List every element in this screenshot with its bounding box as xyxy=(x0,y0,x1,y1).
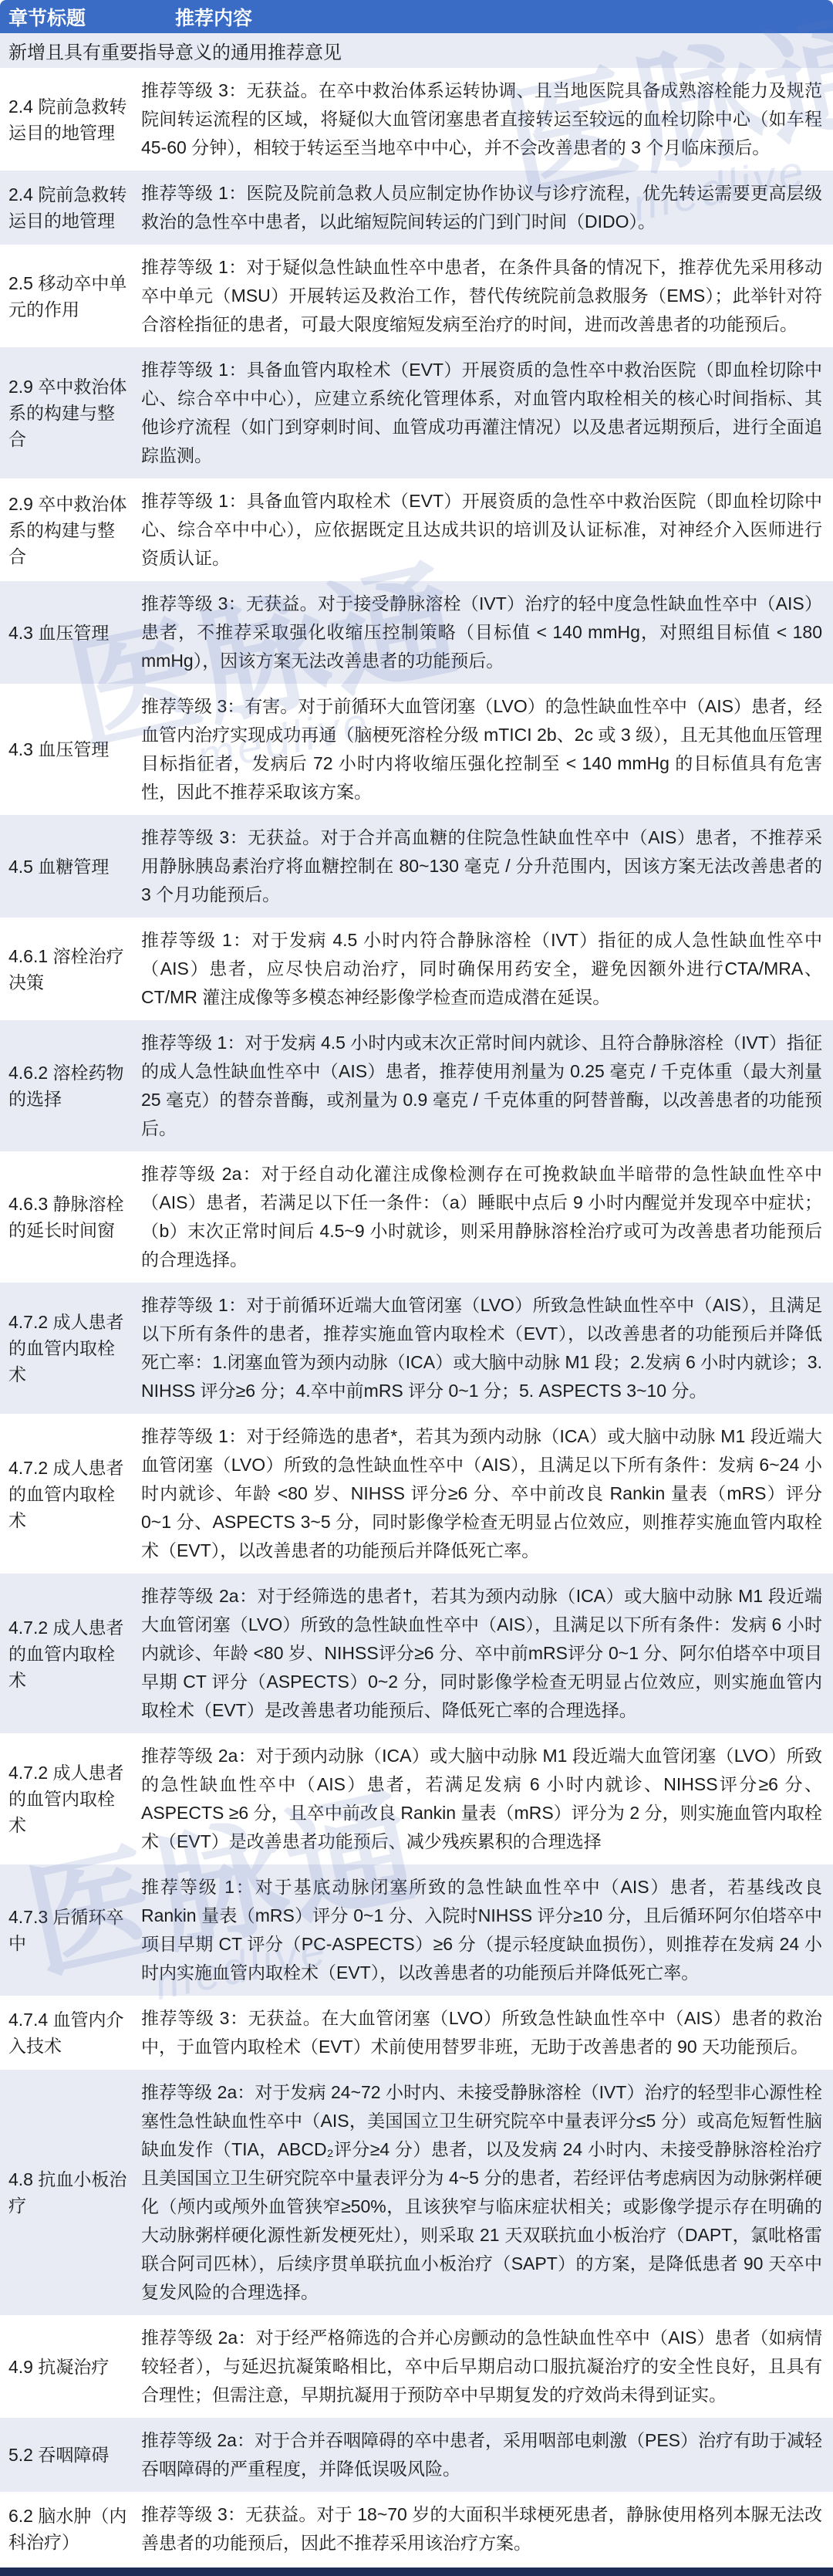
table-section-banner: 新增且具有重要指导意义的通用推荐意见 xyxy=(0,33,833,68)
table-row: 4.7.2 成人患者的血管内取栓术 推荐等级 1：对于经筛选的患者*，若其为颈内… xyxy=(0,1414,833,1574)
table-row: 2.5 移动卒中单元的作用 推荐等级 1：对于疑似急性缺血性卒中患者，在条件具备… xyxy=(0,245,833,347)
row-content: 推荐等级 1：对于基底动脉闭塞所致的急性缺血性卒中（AIS）患者，若基线改良 R… xyxy=(141,1868,833,1992)
table-header-recommendation: 推荐内容 xyxy=(141,3,252,31)
row-content: 推荐等级 1：具备血管内取栓术（EVT）开展资质的急性卒中救治医院（即血栓切除中… xyxy=(141,351,833,475)
table-row: 4.3 血压管理 推荐等级 3：有害。对于前循环大血管闭塞（LVO）的急性缺血性… xyxy=(0,684,833,815)
row-section-title: 4.8 抗血小板治疗 xyxy=(0,2162,141,2223)
table-header-section-title: 章节标题 xyxy=(0,3,141,31)
row-content: 推荐等级 1：对于前循环近端大血管闭塞（LVO）所致急性缺血性卒中（AIS），且… xyxy=(141,1286,833,1410)
row-section-title: 4.7.3 后循环卒中 xyxy=(0,1899,141,1961)
row-section-title: 4.6.2 溶栓药物的选择 xyxy=(0,1055,141,1117)
row-content: 推荐等级 2a：对于经筛选的患者†，若其为颈内动脉（ICA）或大脑中动脉 M1 … xyxy=(141,1577,833,1729)
table-row: 4.7.4 血管内介入技术 推荐等级 3：无获益。在大血管闭塞（LVO）所致急性… xyxy=(0,1996,833,2070)
table-row: 4.6.2 溶栓药物的选择 推荐等级 1：对于发病 4.5 小时内或末次正常时间… xyxy=(0,1020,833,1151)
footer-bar xyxy=(0,2568,833,2576)
table-row: 2.9 卒中救治体系的构建与整合 推荐等级 1：具备血管内取栓术（EVT）开展资… xyxy=(0,347,833,478)
row-section-title: 4.7.2 成人患者的血管内取栓术 xyxy=(0,1755,141,1843)
table-row: 4.6.1 溶栓治疗决策 推荐等级 1：对于发病 4.5 小时内符合静脉溶栓（I… xyxy=(0,918,833,1020)
row-section-title: 4.7.2 成人患者的血管内取栓术 xyxy=(0,1610,141,1698)
row-content: 推荐等级 2a：对于经自动化灌注成像检测存在可挽救缺血半暗带的急性缺血性卒中（A… xyxy=(141,1155,833,1279)
table-header-row: 章节标题 推荐内容 xyxy=(0,0,833,33)
table-row: 4.8 抗血小板治疗 推荐等级 2a：对于发病 24~72 小时内、未接受静脉溶… xyxy=(0,2070,833,2315)
row-section-title: 2.9 卒中救治体系的构建与整合 xyxy=(0,486,141,574)
row-section-title: 4.3 血压管理 xyxy=(0,615,141,651)
table-row: 2.9 卒中救治体系的构建与整合 推荐等级 1：具备血管内取栓术（EVT）开展资… xyxy=(0,478,833,581)
table-row: 6.2 脑水肿（内科治疗） 推荐等级 3：无获益。对于 18~70 岁的大面积半… xyxy=(0,2492,833,2566)
row-section-title: 4.3 血压管理 xyxy=(0,732,141,767)
row-content: 推荐等级 3：无获益。对于 18~70 岁的大面积半球梗死患者，静脉使用格列本脲… xyxy=(141,2496,833,2562)
table-row: 4.9 抗凝治疗 推荐等级 2a：对于经严格筛选的合并心房颤动的急性缺血性卒中（… xyxy=(0,2315,833,2418)
row-content: 推荐等级 1：对于发病 4.5 小时内符合静脉溶栓（IVT）指征的成人急性缺血性… xyxy=(141,921,833,1016)
row-content: 推荐等级 3：有害。对于前循环大血管闭塞（LVO）的急性缺血性卒中（AIS）患者… xyxy=(141,688,833,811)
row-section-title: 4.6.1 溶栓治疗决策 xyxy=(0,938,141,1000)
row-content: 推荐等级 1：具备血管内取栓术（EVT）开展资质的急性卒中救治医院（即血栓切除中… xyxy=(141,482,833,577)
table-row: 4.7.3 后循环卒中 推荐等级 1：对于基底动脉闭塞所致的急性缺血性卒中（AI… xyxy=(0,1864,833,1996)
row-section-title: 4.5 血糖管理 xyxy=(0,849,141,884)
row-section-title: 6.2 脑水肿（内科治疗） xyxy=(0,2498,141,2560)
table-row: 4.6.3 静脉溶栓的延长时间窗 推荐等级 2a：对于经自动化灌注成像检测存在可… xyxy=(0,1151,833,1283)
row-content: 推荐等级 1：对于疑似急性缺血性卒中患者，在条件具备的情况下，推荐优先采用移动卒… xyxy=(141,248,833,343)
row-content: 推荐等级 1：对于发病 4.5 小时内或末次正常时间内就诊、且符合静脉溶栓（IV… xyxy=(141,1024,833,1148)
table-body: 2.4 院前急救转运目的地管理 推荐等级 3：无获益。在卒中救治体系运转协调、且… xyxy=(0,68,833,2566)
row-content: 推荐等级 2a：对于发病 24~72 小时内、未接受静脉溶栓（IVT）治疗的轻型… xyxy=(141,2074,833,2311)
row-content: 推荐等级 1：对于经筛选的患者*，若其为颈内动脉（ICA）或大脑中动脉 M1 段… xyxy=(141,1418,833,1570)
table-row: 4.7.2 成人患者的血管内取栓术 推荐等级 2a：对于经筛选的患者†，若其为颈… xyxy=(0,1574,833,1733)
table-row: 4.3 血压管理 推荐等级 3：无获益。对于接受静脉溶栓（IVT）治疗的轻中度急… xyxy=(0,581,833,684)
row-content: 推荐等级 3：无获益。在卒中救治体系运转协调、且当地医院具备成熟溶栓能力及规范院… xyxy=(141,72,833,167)
recommendation-table-page: 章节标题 推荐内容 新增且具有重要指导意义的通用推荐意见 2.4 院前急救转运目… xyxy=(0,0,833,2576)
row-section-title: 2.4 院前急救转运目的地管理 xyxy=(0,89,141,150)
table-row: 2.4 院前急救转运目的地管理 推荐等级 1：医院及院前急救人员应制定协作协议与… xyxy=(0,171,833,245)
row-content: 推荐等级 3：无获益。对于合并高血糖的住院急性缺血性卒中（AIS）患者，不推荐采… xyxy=(141,819,833,914)
row-content: 推荐等级 2a：对于颈内动脉（ICA）或大脑中动脉 M1 段近端大血管闭塞（LV… xyxy=(141,1737,833,1861)
row-section-title: 4.9 抗凝治疗 xyxy=(0,2349,141,2385)
row-content: 推荐等级 1：医院及院前急救人员应制定协作协议与诊疗流程，优先转运需要更高层级救… xyxy=(141,174,833,241)
row-section-title: 4.7.2 成人患者的血管内取栓术 xyxy=(0,1450,141,1538)
row-content: 推荐等级 3：无获益。对于接受静脉溶栓（IVT）治疗的轻中度急性缺血性卒中（AI… xyxy=(141,585,833,680)
table-row: 5.2 吞咽障碍 推荐等级 2a：对于合并吞咽障碍的卒中患者，采用咽部电刺激（P… xyxy=(0,2418,833,2492)
row-section-title: 4.6.3 静脉溶栓的延长时间窗 xyxy=(0,1186,141,1248)
row-content: 推荐等级 2a：对于合并吞咽障碍的卒中患者，采用咽部电刺激（PES）治疗有助于减… xyxy=(141,2422,833,2488)
row-section-title: 2.5 移动卒中单元的作用 xyxy=(0,265,141,327)
row-section-title: 2.9 卒中救治体系的构建与整合 xyxy=(0,369,141,457)
row-section-title: 5.2 吞咽障碍 xyxy=(0,2437,141,2473)
row-content: 推荐等级 2a：对于经严格筛选的合并心房颤动的急性缺血性卒中（AIS）患者（如病… xyxy=(141,2319,833,2414)
row-section-title: 4.7.2 成人患者的血管内取栓术 xyxy=(0,1304,141,1392)
row-content: 推荐等级 3：无获益。在大血管闭塞（LVO）所致急性缺血性卒中（AIS）患者的救… xyxy=(141,2000,833,2066)
table-row: 4.5 血糖管理 推荐等级 3：无获益。对于合并高血糖的住院急性缺血性卒中（AI… xyxy=(0,815,833,918)
row-section-title: 4.7.4 血管内介入技术 xyxy=(0,2002,141,2064)
row-section-title: 2.4 院前急救转运目的地管理 xyxy=(0,177,141,238)
table-row: 4.7.2 成人患者的血管内取栓术 推荐等级 2a：对于颈内动脉（ICA）或大脑… xyxy=(0,1733,833,1864)
table-row: 4.7.2 成人患者的血管内取栓术 推荐等级 1：对于前循环近端大血管闭塞（LV… xyxy=(0,1283,833,1414)
table-row: 2.4 院前急救转运目的地管理 推荐等级 3：无获益。在卒中救治体系运转协调、且… xyxy=(0,68,833,171)
